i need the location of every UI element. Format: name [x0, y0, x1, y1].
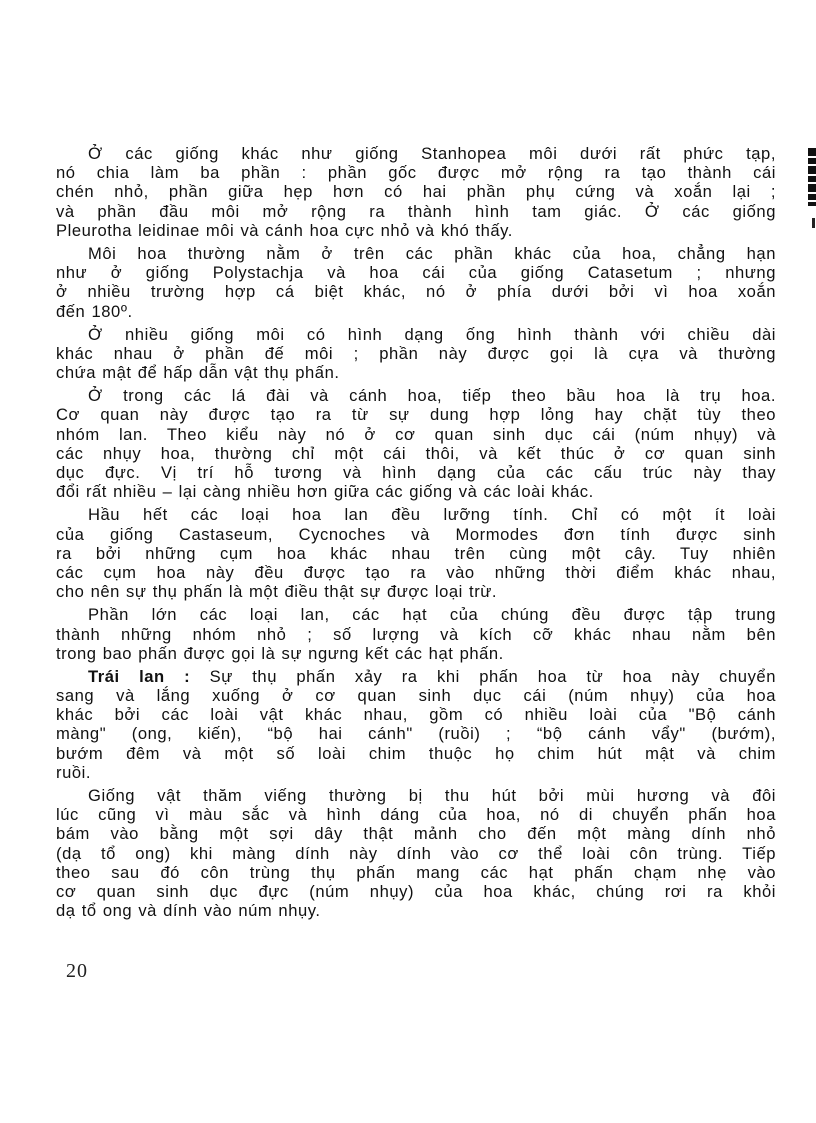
paragraph: Ở các giống khác như giống Stanhopea môi… [56, 144, 776, 240]
text-line: ruồi. [56, 763, 776, 782]
text-line: nó chia làm ba phần : phần gốc được mở r… [56, 163, 776, 182]
text-line: nhóm lan. Theo kiểu này nó ở cơ quan sin… [56, 425, 776, 444]
text-line: các nhụy hoa, thường chỉ một cái thôi, v… [56, 444, 776, 463]
paragraph: Môi hoa thường nằm ở trên các phần khác … [56, 244, 776, 321]
text-line: Giống vật thăm viếng thường bị thu hút b… [56, 786, 776, 805]
paragraph: Trái lan : Sự thụ phấn xảy ra khi phấn h… [56, 667, 776, 782]
scanned-page: Ở các giống khác như giống Stanhopea môi… [0, 0, 816, 1123]
text-line: Trái lan : Sự thụ phấn xảy ra khi phấn h… [56, 667, 776, 686]
scan-edge-mark [808, 148, 816, 206]
text-line: Cơ quan này được tạo ra từ sự dung hợp l… [56, 405, 776, 424]
paragraph: Ở trong các lá đài và cánh hoa, tiếp the… [56, 386, 776, 501]
text-line: cho nên sự thụ phấn là một điều thật sự … [56, 582, 776, 601]
text-line: Môi hoa thường nằm ở trên các phần khác … [56, 244, 776, 263]
text-line: cơ quan sinh dục đực (núm nhụy) của hoa … [56, 882, 776, 901]
page-number: 20 [66, 960, 88, 983]
paragraph: Hầu hết các loại hoa lan đều lưỡng tính.… [56, 505, 776, 601]
text-line: thành những nhóm nhỏ ; số lượng và kích … [56, 625, 776, 644]
text-line: bám vào bằng một sợi dây thật mảnh cho đ… [56, 824, 776, 843]
text-line: đến 180º. [56, 302, 776, 321]
text-line: màng" (ong, kiến), “bộ hai cánh" (ruồi) … [56, 724, 776, 743]
text-line: chứa mật để hấp dẫn vật thụ phấn. [56, 363, 776, 382]
text-line: đổi rất nhiều – lại càng nhiều hơn giữa … [56, 482, 776, 501]
text-line: ra bởi những cụm hoa khác nhau trên cùng… [56, 544, 776, 563]
text-line: khác bởi các loài vật khác nhau, gồm có … [56, 705, 776, 724]
text-line: Ở các giống khác như giống Stanhopea môi… [56, 144, 776, 163]
text-line: sang và lắng xuống ở cơ quan sinh dục cá… [56, 686, 776, 705]
text-line: trong bao phấn được gọi là sự ngưng kết … [56, 644, 776, 663]
text-line: dục đực. Vị trí hỗ tương và hình dạng củ… [56, 463, 776, 482]
text-line: (dạ tổ ong) khi màng dính này dính vào c… [56, 844, 776, 863]
text-line: Phần lớn các loại lan, các hạt của chúng… [56, 605, 776, 624]
text-line: khác nhau ở phần đế môi ; phần này được … [56, 344, 776, 363]
text-line: dạ tổ ong và dính vào núm nhụy. [56, 901, 776, 920]
text-line: Hầu hết các loại hoa lan đều lưỡng tính.… [56, 505, 776, 524]
text-line: các cụm hoa này đều được tạo ra vào nhữn… [56, 563, 776, 582]
text-line: Ở nhiều giống môi có hình dạng ống hình … [56, 325, 776, 344]
paragraph: Ở nhiều giống môi có hình dạng ống hình … [56, 325, 776, 383]
text-line: ở nhiều trường hợp cá biệt khác, nó ở ph… [56, 282, 776, 301]
paragraph: Giống vật thăm viếng thường bị thu hút b… [56, 786, 776, 920]
paragraph: Phần lớn các loại lan, các hạt của chúng… [56, 605, 776, 663]
scan-edge-mark-small [812, 218, 815, 228]
text-line: Ở trong các lá đài và cánh hoa, tiếp the… [56, 386, 776, 405]
text-line: theo sau đó côn trùng thụ phấn mang các … [56, 863, 776, 882]
text-line: chén nhỏ, phần giữa hẹp hơn có hai phần … [56, 182, 776, 201]
text-line: và phần đầu môi mở rộng ra thành hình ta… [56, 202, 776, 221]
text-line: lúc cũng vì màu sắc và hình dáng của hoa… [56, 805, 776, 824]
bold-lead-in: Trái lan : [88, 667, 190, 686]
text-line: Pleurotha leidinae môi và cánh hoa cực n… [56, 221, 776, 240]
text-line: của giống Castaseum, Cycnoches và Mormod… [56, 525, 776, 544]
text-line: bướm đêm và một số loài chim thuộc họ ch… [56, 744, 776, 763]
body-text: Ở các giống khác như giống Stanhopea môi… [56, 144, 776, 920]
text-line: như ở giống Polystachja và hoa cái của g… [56, 263, 776, 282]
